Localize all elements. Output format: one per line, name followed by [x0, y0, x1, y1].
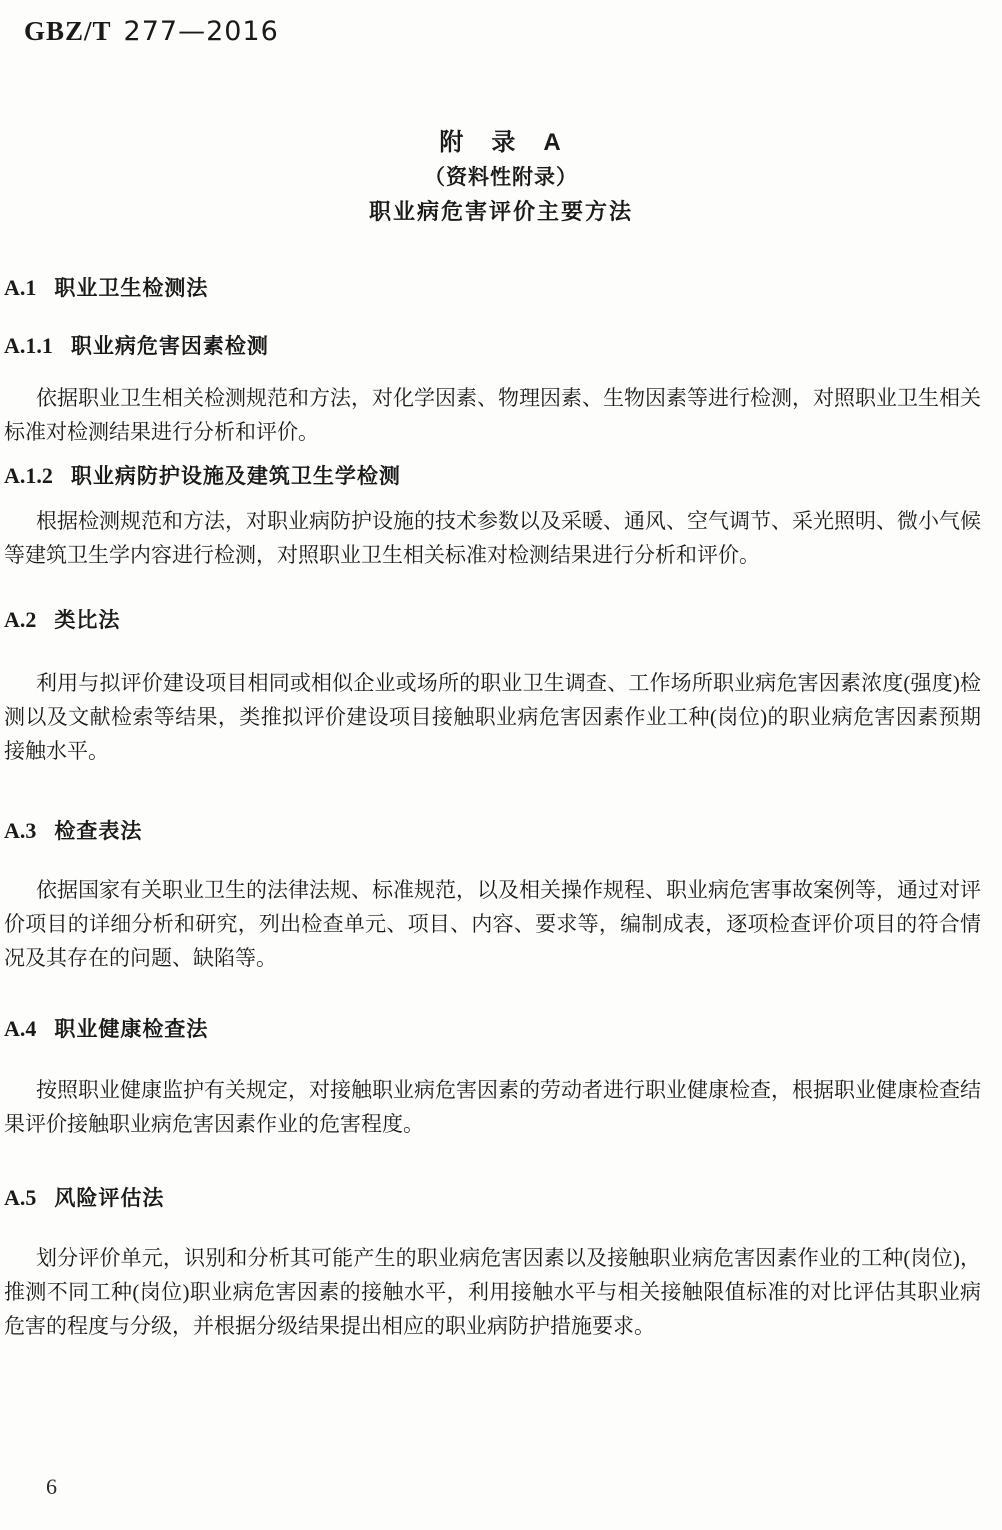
- section-paragraph-a2: 利用与拟评价建设项目相同或相似企业或场所的职业卫生调查、工作场所职业病危害因素浓…: [4, 666, 981, 768]
- section-number: A.1.2: [4, 463, 53, 488]
- section-number: A.3: [4, 818, 36, 843]
- section-paragraph-a4: 按照职业健康监护有关规定，对接触职业病危害因素的劳动者进行职业健康检查，根据职业…: [4, 1073, 981, 1141]
- section-title: 检查表法: [54, 820, 142, 843]
- appendix-subtitle: （资料性附录）: [0, 161, 1002, 191]
- document-page: GBZ/T277—2016 附 录 A （资料性附录） 职业病危害评价主要方法 …: [0, 0, 1002, 1530]
- section-paragraph-a3: 依据国家有关职业卫生的法律法规、标准规范，以及相关操作规程、职业病危害事故案例等…: [4, 873, 981, 975]
- section-title: 类比法: [54, 609, 120, 632]
- section-number: A.1: [4, 275, 36, 300]
- section-heading-a3: A.3检查表法: [4, 816, 981, 849]
- section-paragraph-a11: 依据职业卫生相关检测规范和方法，对化学因素、物理因素、生物因素等进行检测，对照职…: [4, 381, 981, 449]
- appendix-heading: 职业病危害评价主要方法: [0, 195, 1002, 226]
- section-number: A.5: [4, 1185, 36, 1210]
- section-heading-a1: A.1职业卫生检测法: [4, 273, 981, 306]
- page-number: 6: [46, 1474, 57, 1500]
- section-heading-a4: A.4职业健康检查法: [4, 1014, 981, 1047]
- section-number: A.4: [4, 1016, 36, 1041]
- section-number: A.1.1: [4, 333, 53, 358]
- section-title: 职业卫生检测法: [54, 277, 208, 300]
- section-number: A.2: [4, 607, 36, 632]
- section-paragraph-a12: 根据检测规范和方法，对职业病防护设施的技术参数以及采暖、通风、空气调节、采光照明…: [4, 504, 981, 572]
- section-heading-a2: A.2类比法: [4, 605, 981, 638]
- section-title: 职业病防护设施及建筑卫生学检测: [71, 465, 401, 488]
- appendix-title: 附 录 A: [0, 122, 1002, 157]
- section-title: 职业病危害因素检测: [71, 335, 269, 358]
- section-title: 职业健康检查法: [54, 1018, 208, 1041]
- standard-code-prefix: GBZ/T: [24, 16, 112, 46]
- standard-code: GBZ/T277—2016: [24, 16, 279, 47]
- section-paragraph-a5: 划分评价单元，识别和分析其可能产生的职业病危害因素以及接触职业病危害因素作业的工…: [4, 1241, 981, 1343]
- section-title: 风险评估法: [54, 1187, 164, 1210]
- standard-code-suffix: 277—2016: [124, 16, 279, 47]
- section-heading-a12: A.1.2职业病防护设施及建筑卫生学检测: [4, 461, 981, 494]
- section-heading-a5: A.5风险评估法: [4, 1183, 981, 1216]
- section-heading-a11: A.1.1职业病危害因素检测: [4, 331, 981, 364]
